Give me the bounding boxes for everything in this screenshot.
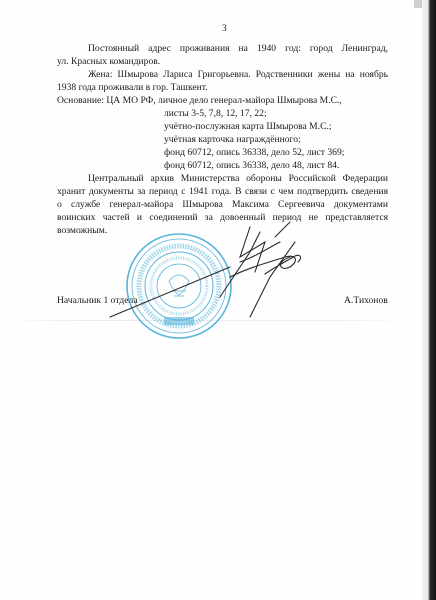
- signature-block: Начальник 1 отдела А.Тихонов: [57, 295, 388, 309]
- wife-line-1: Жена: Шмырова Лариса Григорьевна. Родств…: [57, 68, 388, 81]
- basis-source: учётно-послужная карта Шмырова М.С.;: [57, 120, 388, 133]
- basis-source: листы 3-5, 7,8, 12, 17, 22;: [57, 107, 388, 120]
- basis-line-1: Основание: ЦА МО РФ, личное дело генерал…: [57, 94, 388, 107]
- archive-line: о службе генерал-майора Шмырова Максима …: [57, 198, 388, 211]
- address-line-1: Постоянный адрес проживания на 1940 год:…: [57, 42, 388, 55]
- paper-crease: [0, 320, 422, 321]
- address-line-2: ул. Красных командиров.: [57, 55, 388, 68]
- archive-line: Центральный архив Министерства обороны Р…: [57, 172, 388, 185]
- signer-title: Начальник 1 отдела: [57, 295, 138, 306]
- document-body: Постоянный адрес проживания на 1940 год:…: [57, 42, 388, 237]
- scanner-border: [422, 0, 436, 600]
- document-page: 3 Постоянный адрес проживания на 1940 го…: [0, 0, 436, 600]
- scanner-corner: [414, 0, 422, 8]
- page-number: 3: [222, 24, 227, 34]
- signer-name: А.Тихонов: [344, 295, 388, 306]
- archive-line: хранит документы за период с 1941 года. …: [57, 185, 388, 198]
- basis-source: учётная карточка награждённого;: [57, 133, 388, 146]
- wife-line-2: 1938 года проживали в гор. Ташкент.: [57, 81, 388, 94]
- basis-source: фонд 60712, опись 36338, дело 48, лист 8…: [57, 159, 388, 172]
- basis-source: фонд 60712, опись 36338, дело 52, лист 3…: [57, 146, 388, 159]
